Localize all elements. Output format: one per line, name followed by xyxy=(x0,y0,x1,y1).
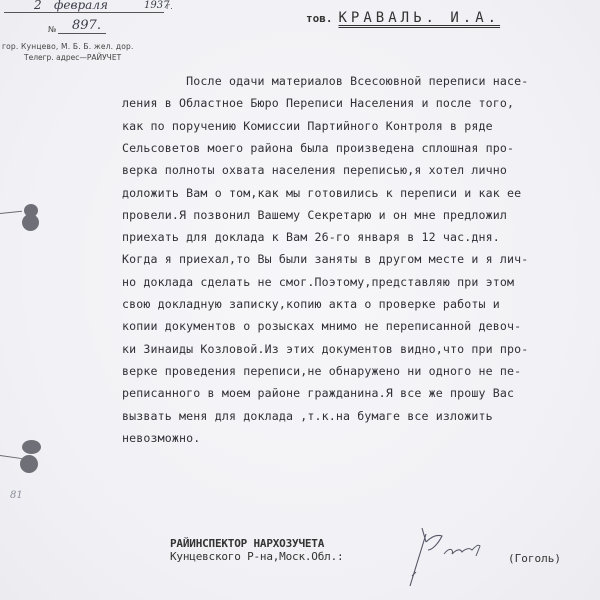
body-line: свою докладную записку,копию акта о пров… xyxy=(122,293,500,315)
body-line: Когда я приехал,то Вы были заняты в друг… xyxy=(122,248,528,270)
date-month: февраля xyxy=(54,0,108,12)
body-line: верка полноты охвата населения переписью… xyxy=(122,159,507,181)
binding-seal-icon xyxy=(20,455,38,473)
letterhead-address: гор. Кунцево, М. Б. Б. жел. дор. xyxy=(2,42,134,51)
body-line: Сельсоветов моего района была произведен… xyxy=(122,137,514,159)
binding-seal-icon xyxy=(22,440,41,454)
body-line: ления в Областное Бюро Переписи Населени… xyxy=(122,92,514,114)
body-line: вызвать меня для доклада ,т.к.на бумаге … xyxy=(122,405,493,427)
body-line: После одачи материалов Всесоювной перепи… xyxy=(122,70,528,92)
handwritten-signature-icon xyxy=(392,520,502,590)
body-line: как по поручению Комиссии Партийного Кон… xyxy=(122,115,493,137)
number-sign: № xyxy=(48,25,56,34)
body-line: провели.Я позвонил Вашему Секретарю и он… xyxy=(122,204,507,226)
margin-stroke xyxy=(0,455,22,459)
addressee-prefix: тов. xyxy=(306,12,333,25)
letterhead-number: № 897. xyxy=(48,20,108,36)
body-line: верке проведения переписи,не обнаружено … xyxy=(122,360,521,382)
addressee: тов.КРАВАЛЬ. И.А. xyxy=(306,10,500,26)
date-underline xyxy=(4,12,164,13)
margin-stroke xyxy=(0,211,22,214)
body-line: доложить Вам о том,как мы готовились к п… xyxy=(122,182,521,204)
body-line: невозможно. xyxy=(122,427,200,449)
letterhead-date: 2 февраля 1937 г. xyxy=(4,0,174,16)
letterhead-telegraph: Телегр. адрес—РАЙУЧЕТ xyxy=(24,53,121,62)
binding-seal-icon xyxy=(22,214,39,231)
body-line: реписанного в моем районе гражданина.Я в… xyxy=(122,382,514,404)
number-value: 897. xyxy=(72,18,101,33)
body-line: ки Зинаиды Козловой.Из этих документов в… xyxy=(122,338,528,360)
archive-page-number: 81 xyxy=(10,490,23,501)
signature-name: (Гоголь) xyxy=(508,552,561,565)
body-line: приехать для доклада к Вам 26-го января … xyxy=(122,226,500,248)
number-underline xyxy=(58,33,106,34)
body-line: но доклада сделать не смог.Поэтому,предс… xyxy=(122,271,514,293)
date-suffix: г. xyxy=(166,2,173,11)
signature-title: РАЙИНСПЕКТОР НАРХОЗУЧЕТА xyxy=(170,537,324,550)
addressee-name: КРАВАЛЬ. И.А. xyxy=(339,10,501,26)
date-day: 2 xyxy=(34,0,42,12)
signature-place: Кунцевского Р-на,Моск.Обл.: xyxy=(170,550,343,563)
document-page: 2 февраля 1937 г. № 897. гор. Кунцево, М… xyxy=(0,0,600,600)
body-line: копии документов о розысках мнимо не пер… xyxy=(122,315,521,337)
